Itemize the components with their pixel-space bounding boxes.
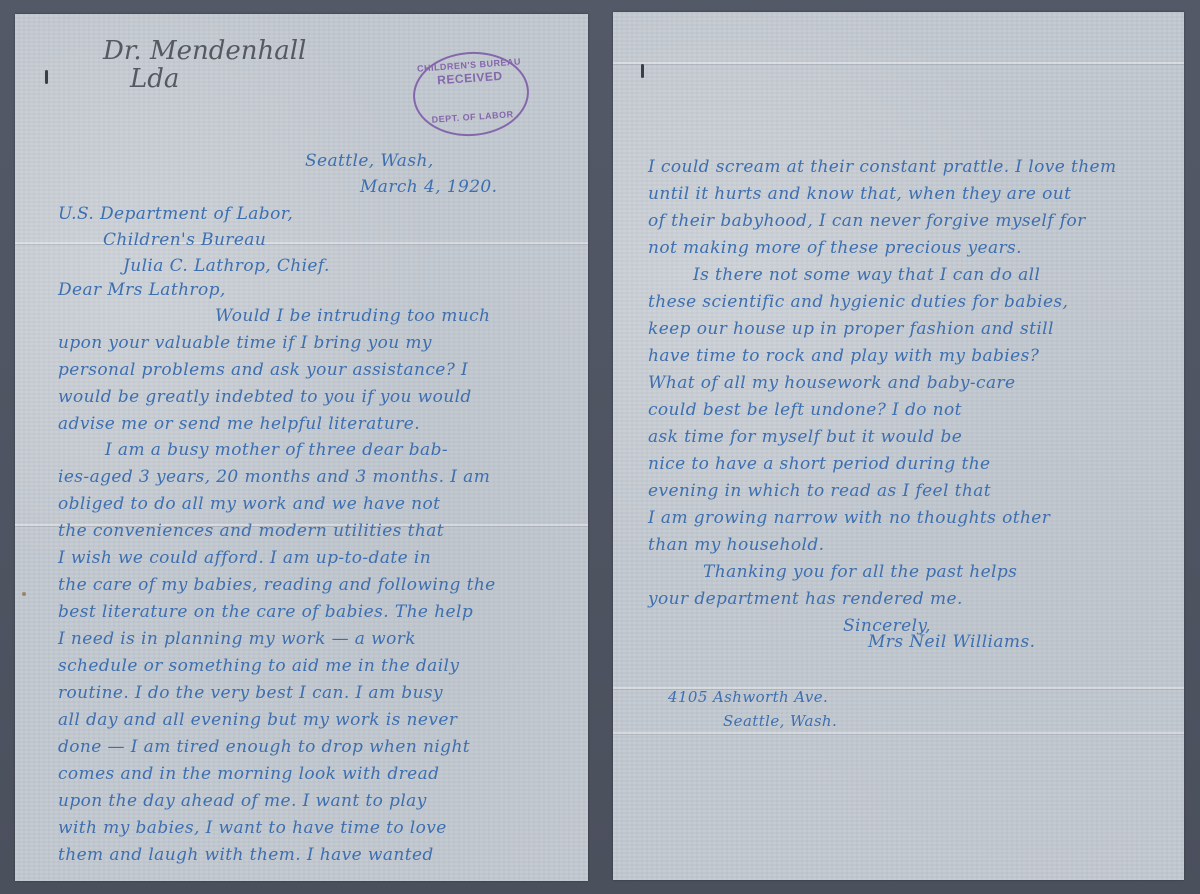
paper-fold-line (15, 242, 588, 244)
body-line: the conveniences and modern utilities th… (58, 518, 444, 544)
body-line: best literature on the care of babies. T… (58, 599, 473, 625)
ink-blemish (641, 64, 644, 78)
body-line: Is there not some way that I can do all (693, 262, 1040, 288)
received-stamp: CHILDREN'S BUREAU RECEIVED DEPT. OF LABO… (410, 48, 532, 140)
body-line: the care of my babies, reading and follo… (58, 572, 496, 598)
body-line: I am a busy mother of three dear bab- (105, 437, 448, 463)
body-line: would be greatly indebted to you if you … (58, 384, 472, 410)
body-line: done — I am tired enough to drop when ni… (58, 734, 470, 760)
body-line: schedule or something to aid me in the d… (58, 653, 459, 679)
body-line: I wish we could afford. I am up-to-date … (58, 545, 431, 571)
addressee-line-1: U.S. Department of Labor, (58, 201, 293, 227)
addressee-line-2: Children's Bureau (103, 227, 266, 253)
body-line: your department has rendered me. (648, 586, 963, 612)
body-line: all day and all evening but my work is n… (58, 707, 457, 733)
body-line: routine. I do the very best I can. I am … (58, 680, 443, 706)
body-line: ask time for myself but it would be (648, 424, 962, 450)
letter-date: March 4, 1920. (360, 174, 497, 200)
body-line: I could scream at their constant prattle… (648, 154, 1117, 180)
body-line: upon your valuable time if I bring you m… (58, 330, 432, 356)
letter-page-1: Dr. Mendenhall Lda CHILDREN'S BUREAU REC… (15, 14, 588, 881)
body-line: What of all my housework and baby-care (648, 370, 1015, 396)
paper-fold-line (613, 62, 1184, 64)
body-line: I need is in planning my work — a work (58, 626, 416, 652)
body-line: I am growing narrow with no thoughts oth… (648, 505, 1050, 531)
body-line: with my babies, I want to have time to l… (58, 815, 447, 841)
salutation: Dear Mrs Lathrop, (58, 277, 226, 303)
signature: Mrs Neil Williams. (868, 629, 1035, 655)
stamp-department: DEPT. OF LABOR (416, 108, 528, 126)
paper-fold-line (613, 732, 1184, 734)
body-line: not making more of these precious years. (648, 235, 1022, 261)
letter-place: Seattle, Wash, (305, 148, 434, 174)
pencil-note-line-2: Lda (130, 64, 179, 94)
return-address-line-2: Seattle, Wash. (723, 708, 837, 734)
body-line: could best be left undone? I do not (648, 397, 962, 423)
body-line: Thanking you for all the past helps (703, 559, 1017, 585)
pencil-note-line-1: Dr. Mendenhall (103, 36, 306, 66)
body-line: upon the day ahead of me. I want to play (58, 788, 427, 814)
scan-background: Dr. Mendenhall Lda CHILDREN'S BUREAU REC… (0, 0, 1200, 894)
body-line: them and laugh with them. I have wanted (58, 842, 434, 868)
body-line: Would I be intruding too much (215, 303, 490, 329)
body-line: personal problems and ask your assistanc… (58, 357, 468, 383)
body-line: advise me or send me helpful literature. (58, 411, 420, 437)
body-line: these scientific and hygienic duties for… (648, 289, 1068, 315)
return-address-line-1: 4105 Ashworth Ave. (668, 684, 828, 710)
body-line: of their babyhood, I can never forgive m… (648, 208, 1086, 234)
letter-page-2: I could scream at their constant prattle… (613, 12, 1184, 880)
body-line: obliged to do all my work and we have no… (58, 491, 440, 517)
body-line: nice to have a short period during the (648, 451, 991, 477)
body-line: have time to rock and play with my babie… (648, 343, 1039, 369)
body-line: than my household. (648, 532, 824, 558)
body-line: until it hurts and know that, when they … (648, 181, 1071, 207)
body-line: evening in which to read as I feel that (648, 478, 991, 504)
body-line: comes and in the morning look with dread (58, 761, 439, 787)
addressee-line-3: Julia C. Lathrop, Chief. (123, 253, 330, 279)
body-line: keep our house up in proper fashion and … (648, 316, 1054, 342)
body-line: ies-aged 3 years, 20 months and 3 months… (58, 464, 490, 490)
paper-spot (22, 592, 26, 596)
ink-blemish (45, 70, 48, 84)
